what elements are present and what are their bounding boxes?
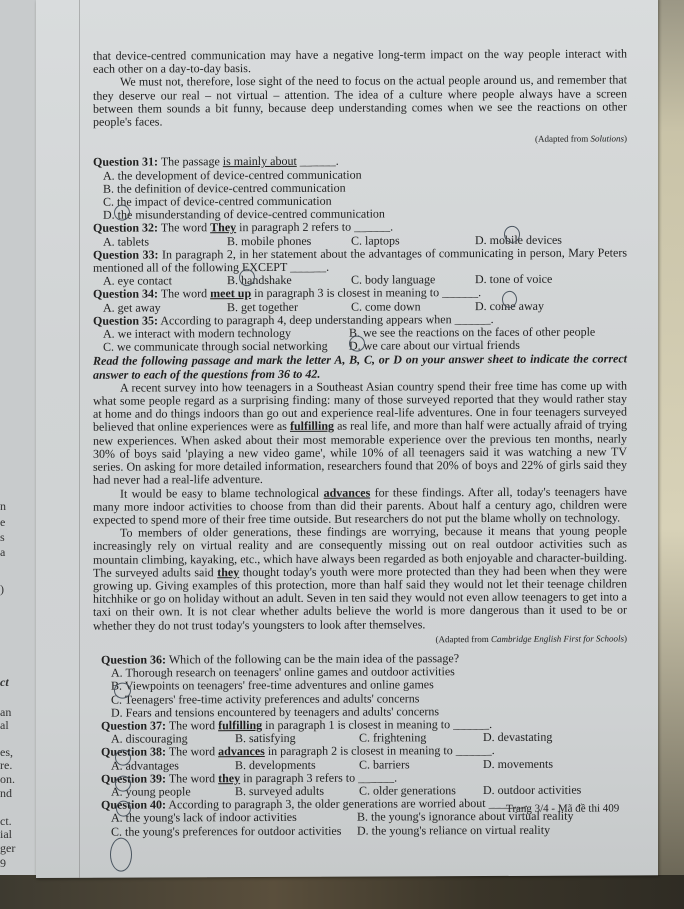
question-stem: in paragraph 3 is closest in meaning to … — [251, 286, 481, 301]
question-34: Question 34: The word meet up in paragra… — [93, 286, 627, 315]
background-notebook — [655, 0, 684, 880]
passage-paragraph: that device-centred communication may ha… — [93, 47, 627, 76]
question-stem: The word — [169, 771, 218, 785]
question-stem-underlined: meet up — [210, 287, 251, 301]
question-stem: In paragraph 2, in her statement about t… — [93, 245, 627, 275]
question-stem-underlined: advances — [218, 744, 265, 758]
question-stem: The word — [169, 745, 218, 759]
question-stem: in paragraph 2 refers to ______. — [236, 220, 393, 235]
source-title: Solutions — [590, 134, 624, 144]
passage-paragraph-3: To members of older generations, these f… — [93, 525, 627, 633]
option-d[interactable]: D. come away — [475, 299, 625, 313]
passage-paragraph: We must not, therefore, lose sight of th… — [93, 74, 627, 129]
question-stem-underlined: fulfilling — [218, 718, 262, 732]
question-stem: The word — [161, 221, 210, 235]
question-35: Question 35: According to paragraph 4, d… — [93, 312, 627, 354]
question-label: Question 31: — [93, 155, 158, 169]
question-37: Question 37: The word fulfilling in para… — [93, 717, 627, 746]
question-label: Question 37: — [101, 718, 166, 732]
back-page-fragment: s — [0, 531, 5, 543]
back-page-fragment: an — [0, 706, 11, 718]
back-page-fragment: 9 — [0, 857, 6, 869]
back-page-fragment: on. — [0, 773, 15, 785]
passage-paragraph-1: A recent survey into how teenagers in a … — [93, 379, 627, 487]
passage-source: (Adapted from Cambridge English First fo… — [93, 632, 627, 648]
question-39: Question 39: The word they in paragraph … — [93, 770, 627, 799]
question-38: Question 38: The word advances in paragr… — [93, 744, 627, 773]
question-label: Question 38: — [101, 745, 166, 759]
page-footer: Trang 3/4 - Mã đề thi 409 — [506, 802, 619, 814]
option-d[interactable]: D. tone of voice — [475, 273, 625, 287]
back-page-fragment: a — [0, 546, 5, 558]
question-stem: The word — [169, 718, 218, 732]
option-d[interactable]: D. the young's reliance on virtual reali… — [357, 823, 637, 837]
question-stem-underlined: They — [210, 221, 236, 235]
question-stem: ______. — [297, 154, 339, 168]
page-content: that device-centred communication may ha… — [93, 47, 627, 838]
section-instruction: Read the following passage and mark the … — [93, 353, 627, 382]
question-label: Question 34: — [93, 287, 158, 301]
question-stem: The passage — [161, 155, 223, 169]
question-stem-underlined: they — [218, 771, 240, 785]
handwritten-circle-mark — [110, 838, 132, 872]
background-table — [0, 875, 684, 909]
back-page-fragment: ct. — [0, 815, 12, 827]
back-page-fragment: ger — [0, 842, 15, 854]
back-page-fragment: nd — [0, 787, 12, 799]
question-32: Question 32: The word They in paragraph … — [93, 220, 627, 249]
exam-page: that device-centred communication may ha… — [36, 0, 658, 878]
option-c[interactable]: C. the young's preferences for outdoor a… — [111, 824, 357, 838]
source-title: Cambridge English First for Schools — [491, 633, 624, 644]
question-36: Question 36: Which of the following can … — [93, 651, 627, 719]
underlined-word: they — [217, 565, 239, 579]
question-label: Question 35: — [93, 313, 158, 327]
option-c[interactable]: C. we communicate through social network… — [103, 340, 349, 354]
question-label: Question 39: — [101, 771, 166, 785]
source-prefix: (Adapted from — [436, 634, 491, 644]
underlined-word: advances — [324, 485, 371, 499]
passage-source: (Adapted from Solutions) — [93, 133, 627, 149]
passage-paragraph-2: It would be easy to blame technological … — [93, 485, 627, 527]
back-page-fragment: es, — [0, 746, 13, 758]
back-page-fragment: ) — [0, 583, 4, 595]
back-page-fragment: ial — [0, 828, 12, 840]
option-d[interactable]: D. movements — [483, 757, 633, 771]
question-label: Question 33: — [93, 247, 158, 261]
back-page-fragment: re. — [0, 759, 12, 771]
source-suffix: ) — [624, 134, 627, 144]
question-stem-underlined: is mainly about — [223, 154, 297, 168]
question-33: Question 33: In paragraph 2, in her stat… — [93, 246, 627, 288]
back-page-fragment: al — [0, 719, 9, 731]
option-d[interactable]: D. devastating — [483, 731, 633, 745]
source-suffix: ) — [624, 633, 627, 643]
back-page-fragment: ct — [0, 676, 9, 688]
question-label: Question 36: — [101, 652, 166, 666]
underlined-word: fulfilling — [290, 419, 334, 433]
question-label: Question 40: — [101, 798, 166, 812]
question-stem: in paragraph 2 is closest in meaning to … — [265, 743, 495, 758]
page-fold-crease — [79, 0, 80, 878]
question-31: Question 31: The passage is mainly about… — [93, 154, 627, 222]
back-page-fragment: e — [0, 516, 5, 528]
source-prefix: (Adapted from — [535, 134, 590, 144]
question-stem: The word — [161, 287, 210, 301]
option-d[interactable]: D. we care about our virtual friends — [349, 339, 629, 353]
back-page-fragment: n — [0, 500, 6, 512]
question-label: Question 32: — [93, 221, 158, 235]
